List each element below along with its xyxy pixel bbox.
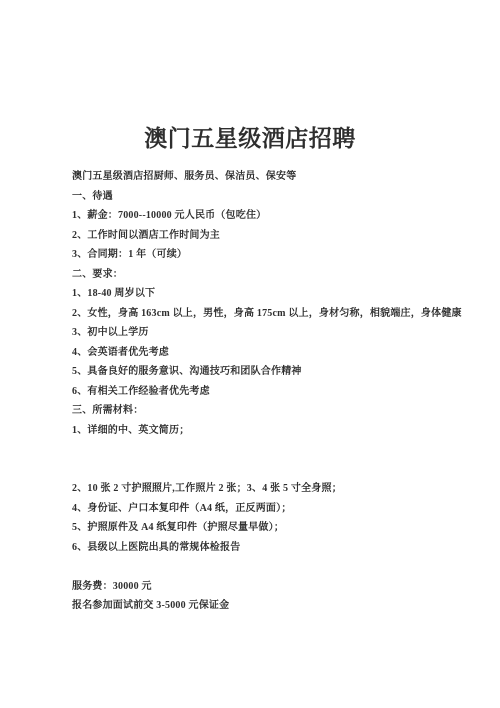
- deposit-line: 报名参加面试前交 3-5000 元保证金: [72, 596, 460, 616]
- material-medical-report-line: 6、县级以上医院出具的常规体检报告: [72, 538, 460, 558]
- requirement-experience-line: 6、有相关工作经验者优先考虑: [72, 382, 460, 402]
- document-page: 澳门五星级酒店招聘 澳门五星级酒店招厨师、服务员、保洁员、保安等 一、待遇 1、…: [0, 0, 500, 708]
- section-materials-heading: 三、所需材料：: [72, 401, 460, 421]
- intro-line: 澳门五星级酒店招厨师、服务员、保洁员、保安等: [72, 167, 460, 187]
- material-passport-line: 5、护照原件及 A4 纸复印件（护照尽量早做）；: [72, 518, 460, 538]
- benefit-contract-line: 3、合同期：1 年（可续）: [72, 245, 460, 265]
- benefit-working-hours-line: 2、工作时间以酒店工作时间为主: [72, 226, 460, 246]
- service-fee-line: 服务费：30000 元: [72, 577, 460, 597]
- document-body: 澳门五星级酒店招厨师、服务员、保洁员、保安等 一、待遇 1、薪金：7000--1…: [0, 167, 500, 616]
- material-id-copy-line: 4、身份证、户口本复印件（A4 纸，正反两面）；: [72, 499, 460, 519]
- blank-line: [72, 460, 460, 480]
- material-resume-line: 1、详细的中、英文简历；: [72, 421, 460, 441]
- blank-line: [72, 440, 460, 460]
- requirement-education-line: 3、初中以上学历: [72, 323, 460, 343]
- requirement-age-line: 1、18-40 周岁以下: [72, 284, 460, 304]
- blank-line: [72, 557, 460, 577]
- benefit-salary-line: 1、薪金：7000--10000 元人民币（包吃住）: [72, 206, 460, 226]
- requirement-height-line: 2、女性，身高 163cm 以上，男性，身高 175cm 以上，身材匀称，相貌端…: [72, 304, 460, 324]
- material-photos-line: 2、10 张 2 寸护照照片,工作照片 2 张；3、4 张 5 寸全身照；: [72, 479, 460, 499]
- page-title: 澳门五星级酒店招聘: [0, 0, 500, 151]
- section-benefits-heading: 一、待遇: [72, 187, 460, 207]
- section-requirements-heading: 二、要求：: [72, 265, 460, 285]
- requirement-service-line: 5、具备良好的服务意识、沟通技巧和团队合作精神: [72, 362, 460, 382]
- requirement-english-line: 4、会英语者优先考虑: [72, 343, 460, 363]
